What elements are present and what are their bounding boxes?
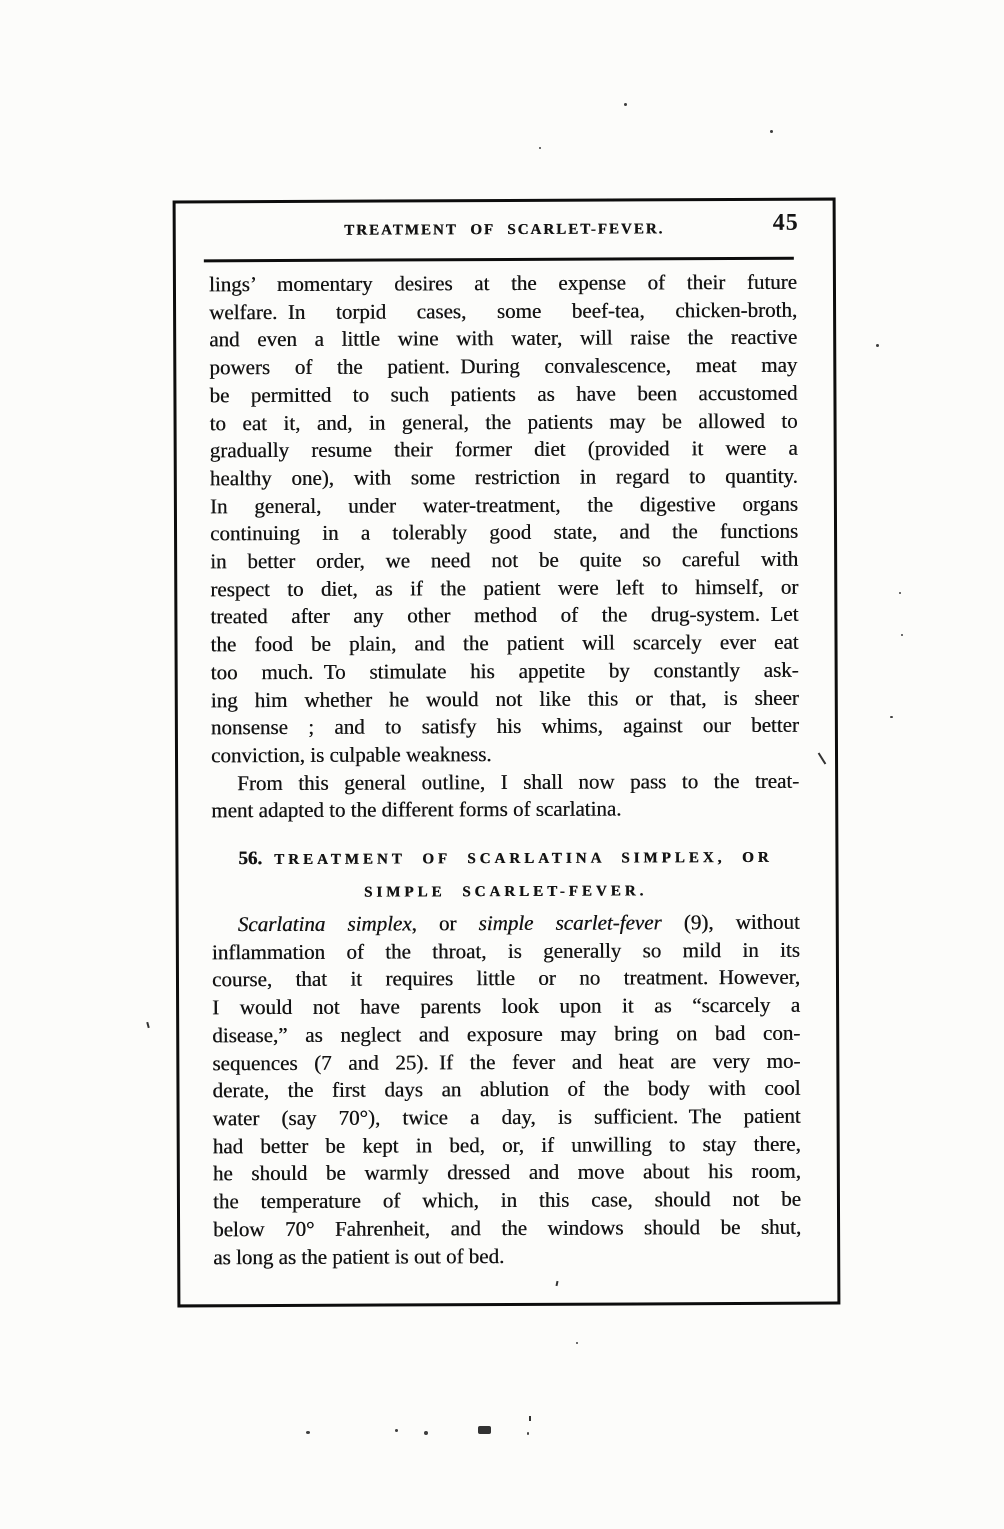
section-heading: 56.TREATMENT OF SCARLATINA SIMPLEX, OR S… bbox=[211, 840, 799, 909]
ink-speck bbox=[899, 592, 901, 594]
paragraph-3: Scarlatina simplex, or simple scarlet-fe… bbox=[212, 909, 802, 1272]
text-line: sequences (7 and 25). If the fever and h… bbox=[212, 1047, 800, 1077]
text-segment: the food be plain, and the patient will … bbox=[210, 630, 798, 657]
text-segment: he should be warmly dressed and move abo… bbox=[213, 1159, 801, 1186]
text-line: healthy one), with some restriction in r… bbox=[210, 463, 798, 493]
paragraph-2: From this general outline, I shall now p… bbox=[211, 767, 799, 825]
text-segment: continuing in a tolerably good state, an… bbox=[210, 519, 798, 546]
text-segment: In general, under water-treatment, the d… bbox=[210, 491, 798, 518]
text-line: in better order, we need not be quite so… bbox=[210, 546, 798, 576]
text-line: I would not have parents look upon it as… bbox=[212, 992, 800, 1022]
text-line: had better be kept in bed, or, if unwill… bbox=[213, 1130, 801, 1160]
running-header-title: TREATMENT OF SCARLET-FEVER. bbox=[176, 221, 833, 241]
text-segment: ing him whether he would not like this o… bbox=[211, 685, 799, 712]
text-segment: conviction, is culpable weakness. bbox=[211, 742, 492, 767]
text-segment: be permitted to such patients as have be… bbox=[209, 381, 797, 408]
ink-blot bbox=[478, 1426, 491, 1434]
section-heading-line-1: 56.TREATMENT OF SCARLATINA SIMPLEX, OR bbox=[211, 840, 799, 876]
body-text: lings’ momentary desires at the expense … bbox=[209, 269, 801, 1272]
ink-stroke bbox=[146, 1022, 149, 1028]
text-line: gradually resume their former diet (prov… bbox=[210, 435, 798, 465]
text-segment: ment adapted to the different forms of s… bbox=[211, 797, 621, 823]
text-line: as long as the patient is out of bed. bbox=[213, 1241, 801, 1271]
text-segment: powers of the patient. During convalesce… bbox=[209, 353, 797, 380]
page-border: TREATMENT OF SCARLET-FEVER. 45 lings’ mo… bbox=[173, 198, 841, 1308]
ink-speck bbox=[901, 634, 903, 636]
section-number: 56. bbox=[238, 848, 262, 869]
text-segment: lings’ momentary desires at the expense … bbox=[209, 270, 797, 297]
text-segment: and even a little wine with water, will … bbox=[209, 325, 797, 352]
text-segment: too much. To stimulate his appetite by c… bbox=[211, 658, 799, 685]
text-segment: course, that it requires little or no tr… bbox=[212, 965, 800, 992]
header-rule bbox=[204, 257, 794, 263]
text-segment: below 70° Fahrenheit, and the windows sh… bbox=[213, 1215, 801, 1242]
italic-text: simple scarlet-fever bbox=[478, 910, 661, 935]
text-segment: derate, the first days an ablution of th… bbox=[212, 1076, 800, 1103]
section-title-line-2: SIMPLE SCARLET-FEVER. bbox=[364, 883, 647, 900]
text-line: disease,” as neglect and exposure may br… bbox=[212, 1020, 800, 1050]
text-line: ing him whether he would not like this o… bbox=[211, 684, 799, 714]
text-segment: , or bbox=[411, 911, 478, 935]
text-line: too much. To stimulate his appetite by c… bbox=[211, 657, 799, 687]
page-scan: TREATMENT OF SCARLET-FEVER. 45 lings’ mo… bbox=[0, 0, 1004, 1529]
text-segment: disease,” as neglect and exposure may br… bbox=[212, 1021, 800, 1048]
text-line: be permitted to such patients as have be… bbox=[209, 380, 797, 410]
text-segment: nonsense ; and to satisfy his whims, aga… bbox=[211, 713, 799, 740]
ink-speck bbox=[624, 103, 627, 106]
text-line: inflammation of the throat, is generally… bbox=[212, 936, 800, 966]
text-line: welfare. In torpid cases, some beef-tea,… bbox=[209, 296, 797, 326]
text-line: From this general outline, I shall now p… bbox=[211, 767, 799, 797]
ink-speck bbox=[890, 716, 893, 718]
section-title-line-1: TREATMENT OF SCARLATINA SIMPLEX, OR bbox=[274, 850, 772, 868]
text-line: he should be warmly dressed and move abo… bbox=[213, 1158, 801, 1188]
text-line: lings’ momentary desires at the expense … bbox=[209, 269, 797, 299]
text-line: powers of the patient. During convalesce… bbox=[209, 352, 797, 382]
ink-speck bbox=[527, 1432, 529, 1435]
text-segment: in better order, we need not be quite so… bbox=[210, 547, 798, 574]
section-heading-line-2: SIMPLE SCARLET-FEVER. bbox=[212, 873, 800, 909]
ink-speck bbox=[770, 130, 773, 133]
text-segment: water (say 70°), twice a day, is suffici… bbox=[213, 1104, 801, 1131]
ink-speck bbox=[576, 1342, 578, 1344]
text-line: course, that it requires little or no tr… bbox=[212, 964, 800, 994]
text-segment: (9), without bbox=[662, 910, 800, 935]
text-line: water (say 70°), twice a day, is suffici… bbox=[213, 1103, 801, 1133]
text-line: ment adapted to the different forms of s… bbox=[211, 795, 799, 825]
text-line: the food be plain, and the patient will … bbox=[210, 629, 798, 659]
text-segment: healthy one), with some restriction in r… bbox=[210, 464, 798, 491]
text-segment: From this general outline, I shall now p… bbox=[237, 768, 799, 794]
italic-text: Scarlatina simplex bbox=[238, 911, 412, 936]
text-segment: I would not have parents look upon it as… bbox=[212, 993, 800, 1020]
text-line: below 70° Fahrenheit, and the windows sh… bbox=[213, 1214, 801, 1244]
text-line: derate, the first days an ablution of th… bbox=[212, 1075, 800, 1105]
paragraph-1: lings’ momentary desires at the expense … bbox=[209, 269, 799, 770]
text-segment: respect to diet, as if the patient were … bbox=[210, 574, 798, 601]
ink-speck bbox=[539, 147, 541, 149]
text-line: continuing in a tolerably good state, an… bbox=[210, 518, 798, 548]
ink-speck bbox=[424, 1431, 428, 1435]
text-segment: to eat it, and, in general, the patients… bbox=[210, 408, 798, 435]
text-segment: had better be kept in bed, or, if unwill… bbox=[213, 1131, 801, 1158]
text-segment: treated after any other method of the dr… bbox=[210, 602, 798, 629]
text-line: In general, under water-treatment, the d… bbox=[210, 490, 798, 520]
text-line: treated after any other method of the dr… bbox=[210, 601, 798, 631]
text-segment: sequences (7 and 25). If the fever and h… bbox=[212, 1048, 800, 1075]
text-segment: welfare. In torpid cases, some beef-tea,… bbox=[209, 297, 797, 324]
ink-speck bbox=[306, 1431, 310, 1434]
text-segment: the temperature of which, in this case, … bbox=[213, 1187, 801, 1214]
ink-speck bbox=[876, 344, 879, 347]
text-line: and even a little wine with water, will … bbox=[209, 324, 797, 354]
ink-stroke bbox=[529, 1416, 531, 1421]
text-line: to eat it, and, in general, the patients… bbox=[210, 407, 798, 437]
page-number: 45 bbox=[773, 210, 799, 237]
text-line: Scarlatina simplex, or simple scarlet-fe… bbox=[212, 909, 800, 939]
text-line: the temperature of which, in this case, … bbox=[213, 1186, 801, 1216]
text-line: respect to diet, as if the patient were … bbox=[210, 573, 798, 603]
text-segment: inflammation of the throat, is generally… bbox=[212, 937, 800, 964]
text-segment: as long as the patient is out of bed. bbox=[213, 1244, 504, 1269]
text-segment: gradually resume their former diet (prov… bbox=[210, 436, 798, 463]
ink-speck bbox=[395, 1429, 398, 1432]
text-line: nonsense ; and to satisfy his whims, aga… bbox=[211, 712, 799, 742]
text-line: conviction, is culpable weakness. bbox=[211, 740, 799, 770]
